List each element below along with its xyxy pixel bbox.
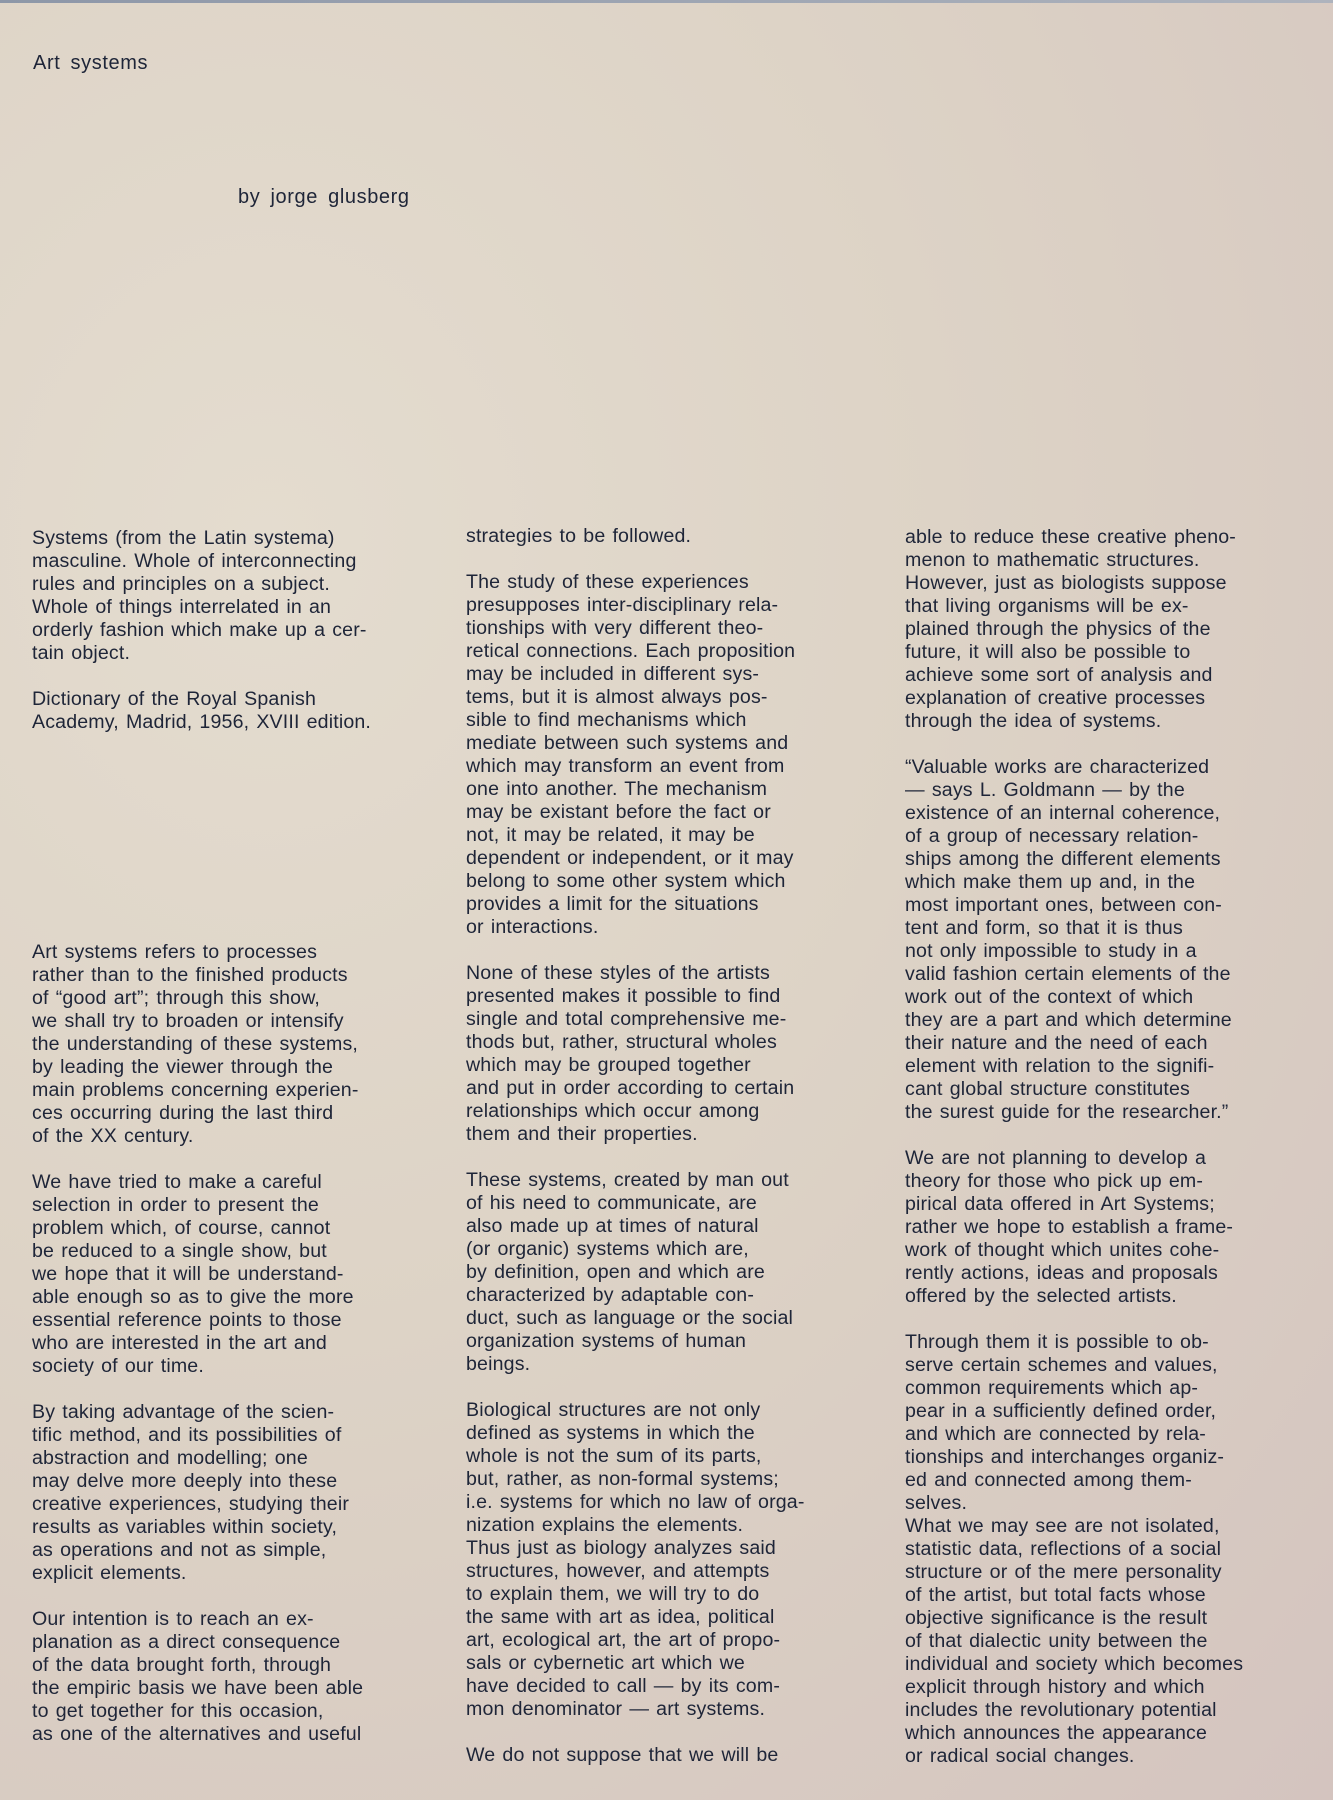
paragraph-gap: [32, 895, 442, 918]
paragraph-gap: [905, 733, 1315, 756]
paragraph: Systems (from the Latin systema)masculin…: [32, 527, 442, 665]
text-line: presented makes it possible to find: [466, 985, 876, 1008]
paragraph-gap: [32, 872, 442, 895]
text-line: ed and connected among them-: [905, 1469, 1315, 1492]
text-line: as one of the alternatives and useful: [32, 1723, 442, 1746]
text-line: i.e. systems for which no law of orga-: [466, 1491, 876, 1514]
text-line: The study of these experiences: [466, 571, 876, 594]
text-line: the same with art as idea, political: [466, 1606, 876, 1629]
text-line: belong to some other system which: [466, 870, 876, 893]
text-line: masculine. Whole of interconnecting: [32, 550, 442, 573]
text-column-left: Systems (from the Latin systema)masculin…: [32, 527, 442, 1746]
paragraph-gap: [32, 757, 442, 780]
text-line: explicit through history and which: [905, 1676, 1315, 1699]
text-line: work out of the context of which: [905, 986, 1315, 1009]
text-line: common requirements which ap-: [905, 1377, 1315, 1400]
text-line: of the data brought forth, through: [32, 1654, 442, 1677]
text-line: of “good art”; through this show,: [32, 987, 442, 1010]
text-line: art, ecological art, the art of propo-: [466, 1629, 876, 1652]
text-line: able to reduce these creative pheno-: [905, 526, 1315, 549]
paragraph-gap: [32, 803, 442, 826]
text-line: tems, but it is almost always pos-: [466, 686, 876, 709]
text-line: duct, such as language or the social: [466, 1307, 876, 1330]
text-line: one into another. The mechanism: [466, 778, 876, 801]
text-line: tionships with very different theo-: [466, 617, 876, 640]
text-line: the empiric basis we have been able: [32, 1677, 442, 1700]
text-line: to explain them, we will try to do: [466, 1583, 876, 1606]
paragraph-gap: [466, 1376, 876, 1399]
text-line: the understanding of these systems,: [32, 1033, 442, 1056]
text-line: not, it may be related, it may be: [466, 824, 876, 847]
text-line: Our intention is to reach an ex-: [32, 1608, 442, 1631]
text-line: mon denominator — art systems.: [466, 1698, 876, 1721]
text-line: explanation of creative processes: [905, 687, 1315, 710]
paragraph-gap: [466, 548, 876, 571]
text-line: rules and principles on a subject.: [32, 573, 442, 596]
running-header-title: Art systems: [33, 52, 148, 75]
text-line: as operations and not as simple,: [32, 1539, 442, 1562]
paragraph: strategies to be followed.: [466, 525, 876, 548]
text-line: main problems concerning experien-: [32, 1079, 442, 1102]
text-line: which make them up and, in the: [905, 871, 1315, 894]
text-line: provides a limit for the situations: [466, 893, 876, 916]
text-line: future, it will also be possible to: [905, 641, 1315, 664]
text-line: We do not suppose that we will be: [466, 1744, 876, 1767]
text-line: ces occurring during the last third: [32, 1102, 442, 1125]
text-line: whole is not the sum of its parts,: [466, 1445, 876, 1468]
text-line: beings.: [466, 1353, 876, 1376]
text-line: by leading the viewer through the: [32, 1056, 442, 1079]
text-line: of a group of necessary relation-: [905, 825, 1315, 848]
text-line: which announces the appearance: [905, 1722, 1315, 1745]
paragraph-gap: [32, 1378, 442, 1401]
paragraph: The study of these experiencespresuppose…: [466, 571, 876, 939]
text-line: or interactions.: [466, 916, 876, 939]
text-line: selves.: [905, 1492, 1315, 1515]
page-top-edge: [0, 0, 1333, 3]
text-line: sals or cybernetic art which we: [466, 1652, 876, 1675]
text-line: None of these styles of the artists: [466, 962, 876, 985]
text-line: presupposes inter-disciplinary rela-: [466, 594, 876, 617]
paragraph: Biological structures are not onlydefine…: [466, 1399, 876, 1721]
text-line: Systems (from the Latin systema): [32, 527, 442, 550]
text-line: offered by the selected artists.: [905, 1285, 1315, 1308]
text-line: tent and form, so that it is thus: [905, 917, 1315, 940]
text-line: to get together for this occasion,: [32, 1700, 442, 1723]
text-line: we hope that it will be understand-: [32, 1263, 442, 1286]
text-line: By taking advantage of the scien-: [32, 1401, 442, 1424]
text-line: not only impossible to study in a: [905, 940, 1315, 963]
paragraph: Through them it is possible to ob-serve …: [905, 1331, 1315, 1515]
text-line: rather we hope to establish a frame-: [905, 1216, 1315, 1239]
text-line: abstraction and modelling; one: [32, 1447, 442, 1470]
text-line: who are interested in the art and: [32, 1332, 442, 1355]
text-line: However, just as biologists suppose: [905, 572, 1315, 595]
text-line: planation as a direct consequence: [32, 1631, 442, 1654]
text-line: most important ones, between con-: [905, 894, 1315, 917]
text-line: Biological structures are not only: [466, 1399, 876, 1422]
text-line: and put in order according to certain: [466, 1077, 876, 1100]
paragraph: These systems, created by man outof his …: [466, 1169, 876, 1376]
text-line: which may transform an event from: [466, 755, 876, 778]
paragraph-gap: [32, 918, 442, 941]
text-line: Through them it is possible to ob-: [905, 1331, 1315, 1354]
text-line: of his need to communicate, are: [466, 1192, 876, 1215]
text-line: they are a part and which determine: [905, 1009, 1315, 1032]
text-line: them and their properties.: [466, 1123, 876, 1146]
paragraph: We have tried to make a carefulselection…: [32, 1171, 442, 1378]
text-line: serve certain schemes and values,: [905, 1354, 1315, 1377]
text-line: results as variables within society,: [32, 1516, 442, 1539]
paragraph: What we may see are not isolated,statist…: [905, 1515, 1315, 1768]
text-line: existence of an internal coherence,: [905, 802, 1315, 825]
text-line: Dictionary of the Royal Spanish: [32, 688, 442, 711]
text-line: statistic data, reflections of a social: [905, 1538, 1315, 1561]
text-line: ships among the different elements: [905, 848, 1315, 871]
text-line: and which are connected by rela-: [905, 1423, 1315, 1446]
text-line: the surest guide for the researcher.”: [905, 1101, 1315, 1124]
text-line: or radical social changes.: [905, 1745, 1315, 1768]
text-line: but, rather, as non-formal systems;: [466, 1468, 876, 1491]
text-line: strategies to be followed.: [466, 525, 876, 548]
text-line: thods but, rather, structural wholes: [466, 1031, 876, 1054]
text-line: tain object.: [32, 642, 442, 665]
text-line: plained through the physics of the: [905, 618, 1315, 641]
paragraph-gap: [32, 849, 442, 872]
text-line: tionships and interchanges organiz-: [905, 1446, 1315, 1469]
text-line: organization systems of human: [466, 1330, 876, 1353]
text-line: may be existant before the fact or: [466, 801, 876, 824]
text-line: be reduced to a single show, but: [32, 1240, 442, 1263]
text-column-middle: strategies to be followed.The study of t…: [466, 525, 876, 1767]
text-line: includes the revolutionary potential: [905, 1699, 1315, 1722]
paragraph-gap: [466, 1146, 876, 1169]
paragraph: able to reduce these creative pheno-meno…: [905, 526, 1315, 733]
text-line: mediate between such systems and: [466, 732, 876, 755]
text-line: pear in a sufficiently defined order,: [905, 1400, 1315, 1423]
paragraph: Our intention is to reach an ex-planatio…: [32, 1608, 442, 1746]
text-line: through the idea of systems.: [905, 710, 1315, 733]
text-line: These systems, created by man out: [466, 1169, 876, 1192]
text-line: relationships which occur among: [466, 1100, 876, 1123]
text-line: by definition, open and which are: [466, 1261, 876, 1284]
text-line: retical connections. Each proposition: [466, 640, 876, 663]
text-line: We are not planning to develop a: [905, 1147, 1315, 1170]
text-line: theory for those who pick up em-: [905, 1170, 1315, 1193]
paragraph-gap: [32, 734, 442, 757]
text-line: characterized by adaptable con-: [466, 1284, 876, 1307]
text-line: We have tried to make a careful: [32, 1171, 442, 1194]
text-line: single and total comprehensive me-: [466, 1008, 876, 1031]
text-line: achieve some sort of analysis and: [905, 664, 1315, 687]
text-line: society of our time.: [32, 1355, 442, 1378]
text-line: tific method, and its possibilities of: [32, 1424, 442, 1447]
paragraph-gap: [32, 1148, 442, 1171]
text-line: valid fashion certain elements of the: [905, 963, 1315, 986]
text-line: that living organisms will be ex-: [905, 595, 1315, 618]
paragraph: Art systems refers to processesrather th…: [32, 941, 442, 1148]
text-line: of the XX century.: [32, 1125, 442, 1148]
author-byline: by jorge glusberg: [238, 186, 410, 209]
text-line: individual and society which becomes: [905, 1653, 1315, 1676]
text-line: work of thought which unites cohe-: [905, 1239, 1315, 1262]
text-line: pirical data offered in Art Systems;: [905, 1193, 1315, 1216]
text-line: also made up at times of natural: [466, 1215, 876, 1238]
text-line: dependent or independent, or it may: [466, 847, 876, 870]
text-line: Thus just as biology analyzes said: [466, 1537, 876, 1560]
text-line: objective significance is the result: [905, 1607, 1315, 1630]
text-line: able enough so as to give the more: [32, 1286, 442, 1309]
paragraph: We are not planning to develop atheory f…: [905, 1147, 1315, 1308]
text-line: their nature and the need of each: [905, 1032, 1315, 1055]
text-line: Art systems refers to processes: [32, 941, 442, 964]
text-line: Whole of things interrelated in an: [32, 596, 442, 619]
text-line: have decided to call — by its com-: [466, 1675, 876, 1698]
paragraph-gap: [905, 1124, 1315, 1147]
text-line: Academy, Madrid, 1956, XVIII edition.: [32, 711, 442, 734]
text-line: structures, however, and attempts: [466, 1560, 876, 1583]
text-line: sible to find mechanisms which: [466, 709, 876, 732]
text-line: cant global structure constitutes: [905, 1078, 1315, 1101]
paragraph-gap: [32, 1585, 442, 1608]
text-line: orderly fashion which make up a cer-: [32, 619, 442, 642]
paragraph: Dictionary of the Royal SpanishAcademy, …: [32, 688, 442, 734]
text-line: problem which, of course, cannot: [32, 1217, 442, 1240]
paragraph-gap: [32, 780, 442, 803]
text-line: we shall try to broaden or intensify: [32, 1010, 442, 1033]
text-line: may delve more deeply into these: [32, 1470, 442, 1493]
text-line: of that dialectic unity between the: [905, 1630, 1315, 1653]
text-line: of the artist, but total facts whose: [905, 1584, 1315, 1607]
paragraph: By taking advantage of the scien-tific m…: [32, 1401, 442, 1585]
text-line: “Valuable works are characterized: [905, 756, 1315, 779]
paragraph: None of these styles of the artistsprese…: [466, 962, 876, 1146]
paragraph-gap: [32, 826, 442, 849]
paragraph: We do not suppose that we will be: [466, 1744, 876, 1767]
text-line: which may be grouped together: [466, 1054, 876, 1077]
text-column-right: able to reduce these creative pheno-meno…: [905, 526, 1315, 1768]
text-line: menon to mathematic structures.: [905, 549, 1315, 572]
text-line: (or organic) systems which are,: [466, 1238, 876, 1261]
text-line: What we may see are not isolated,: [905, 1515, 1315, 1538]
text-line: explicit elements.: [32, 1562, 442, 1585]
text-line: rather than to the finished products: [32, 964, 442, 987]
paragraph: “Valuable works are characterized— says …: [905, 756, 1315, 1124]
text-line: essential reference points to those: [32, 1309, 442, 1332]
text-line: — says L. Goldmann — by the: [905, 779, 1315, 802]
text-line: rently actions, ideas and proposals: [905, 1262, 1315, 1285]
paragraph-gap: [32, 665, 442, 688]
text-line: may be included in different sys-: [466, 663, 876, 686]
text-line: selection in order to present the: [32, 1194, 442, 1217]
text-line: defined as systems in which the: [466, 1422, 876, 1445]
paragraph-gap: [466, 939, 876, 962]
text-line: element with relation to the signifi-: [905, 1055, 1315, 1078]
paragraph-gap: [466, 1721, 876, 1744]
text-line: structure or of the mere personality: [905, 1561, 1315, 1584]
text-line: creative experiences, studying their: [32, 1493, 442, 1516]
paragraph-gap: [905, 1308, 1315, 1331]
text-line: nization explains the elements.: [466, 1514, 876, 1537]
